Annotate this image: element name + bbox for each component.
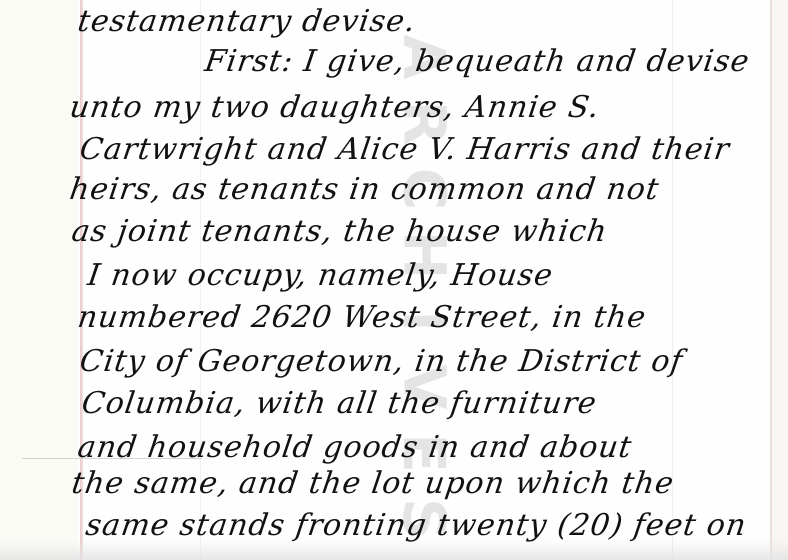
handwritten-line: same stands fronting twenty (20) feet on	[84, 508, 749, 543]
handwritten-line: I now occupy, namely, House	[86, 258, 556, 293]
handwritten-line: Columbia, with all the furniture	[80, 386, 600, 421]
handwritten-line: as joint tenants, the house which	[70, 214, 610, 249]
handwritten-line: unto my two daughters, Annie S.	[68, 90, 602, 125]
handwritten-line: numbered 2620 West Street, in the	[76, 300, 649, 335]
handwritten-line: First: I give, bequeath and devise	[203, 44, 752, 79]
handwritten-line: and household goods in and about	[76, 430, 635, 465]
handwritten-line: heirs, as tenants in common and not	[68, 172, 662, 207]
handwritten-line: testamentary devise.	[76, 4, 419, 39]
handwritten-line: City of Georgetown, in the District of	[78, 344, 686, 379]
handwritten-text-body: testamentary devise.First: I give, beque…	[0, 0, 788, 560]
scan-bottom-shadow	[0, 540, 788, 560]
scanned-document-page: ARCHIVES testamentary devise.First: I gi…	[0, 0, 788, 560]
handwritten-line: the same, and the lot upon which the	[70, 466, 677, 501]
handwritten-line: Cartwright and Alice V. Harris and their	[78, 132, 733, 167]
